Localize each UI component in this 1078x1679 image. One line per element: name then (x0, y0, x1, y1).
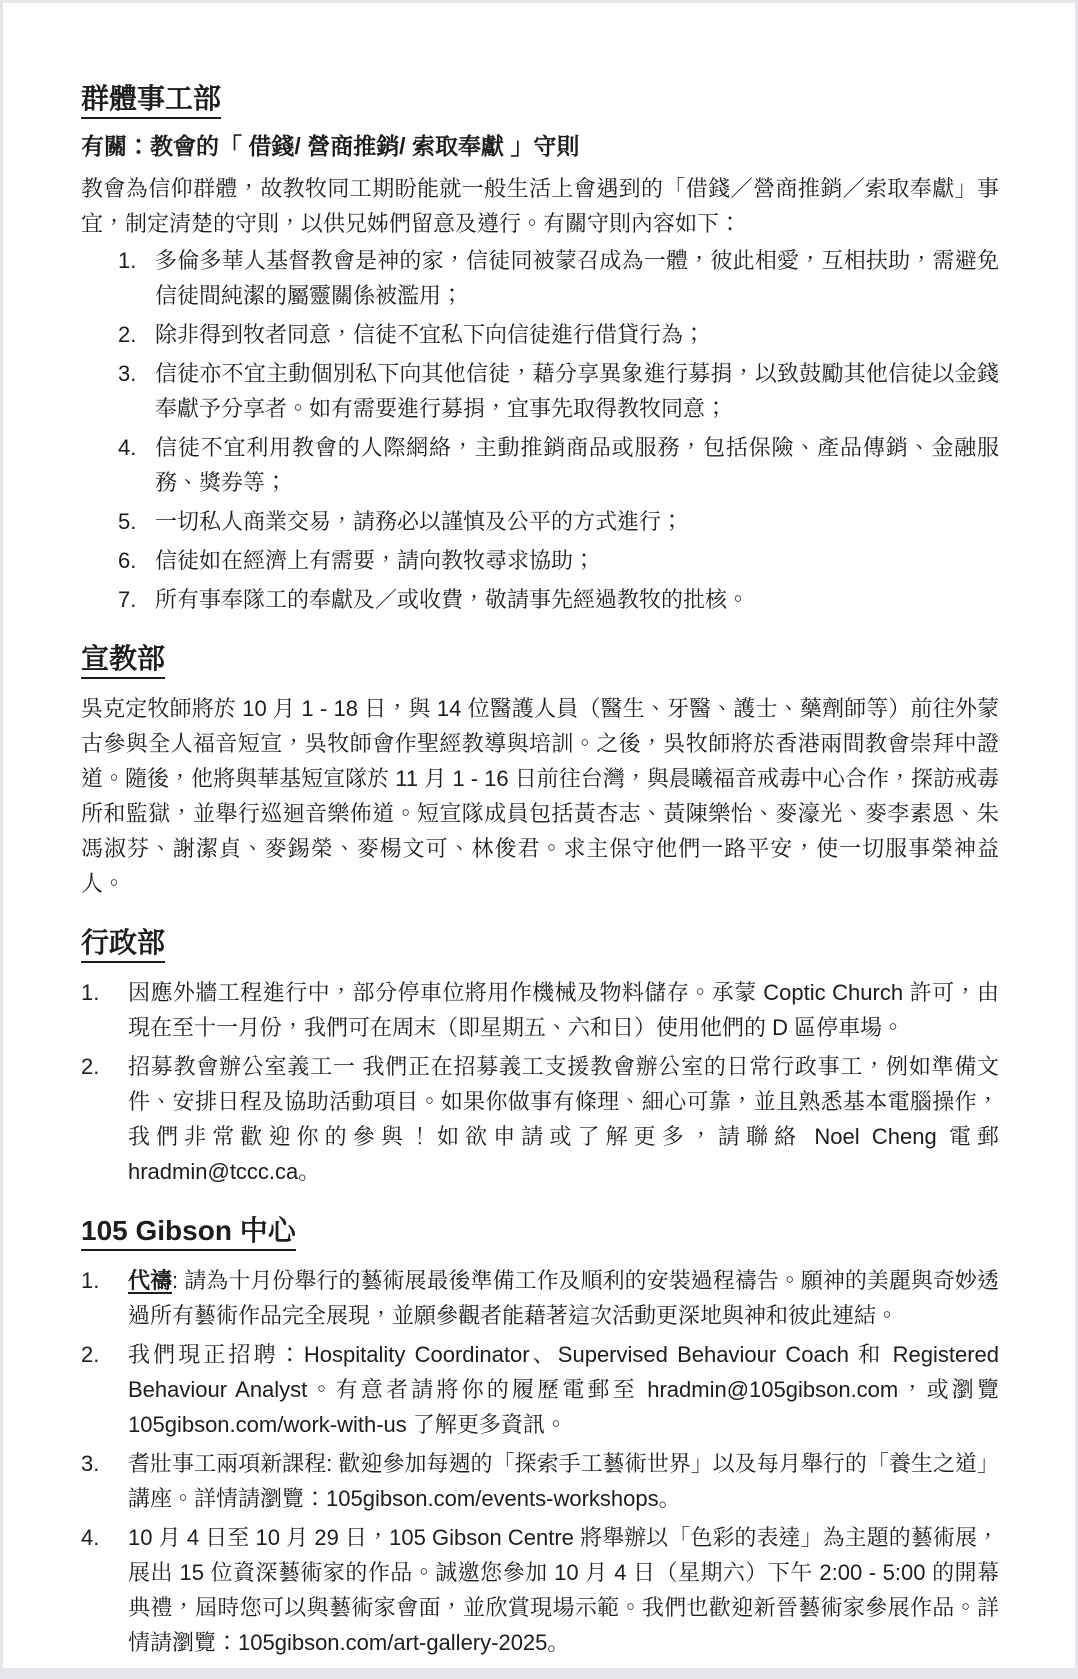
group-ministry-subtitle: 有關：教會的「 借錢/ 營商推銷/ 索取奉獻 」守則 (81, 131, 999, 161)
list-item: 1. 因應外牆工程進行中，部分停車位將用作機械及物料儲存。承蒙 Coptic C… (81, 975, 999, 1045)
group-ministry-list: 1. 多倫多華人基督教會是神的家，信徒同被蒙召成為一體，彼此相愛，互相扶助，需避… (81, 243, 999, 617)
item-text-rest: : 請為十月份舉行的藝術展最後準備工作及順利的安裝過程禱告。願神的美麗與奇妙透過… (128, 1268, 999, 1328)
item-text: 代禱: 請為十月份舉行的藝術展最後準備工作及順利的安裝過程禱告。願神的美麗與奇妙… (128, 1263, 999, 1333)
item-number: 4. (81, 430, 155, 500)
list-item: 5. 一切私人商業交易，請務必以謹慎及公平的方式進行； (81, 504, 999, 539)
item-number: 3. (81, 356, 155, 426)
admin-title: 行政部 (81, 925, 999, 961)
item-text: 信徒不宜利用教會的人際網絡，主動推銷商品或服務，包括保險、產品傳銷、金融服務、獎… (155, 430, 999, 500)
section-gibson-centre: 105 Gibson 中心 1. 代禱: 請為十月份舉行的藝術展最後準備工作及順… (81, 1213, 999, 1660)
list-item: 1. 多倫多華人基督教會是神的家，信徒同被蒙召成為一體，彼此相愛，互相扶助，需避… (81, 243, 999, 313)
list-item: 2. 招募教會辦公室義工一 我們正在招募義工支援教會辦公室的日常行政事工，例如準… (81, 1049, 999, 1189)
list-item: 1. 代禱: 請為十月份舉行的藝術展最後準備工作及順利的安裝過程禱告。願神的美麗… (81, 1263, 999, 1333)
list-item: 4. 10 月 4 日至 10 月 29 日，105 Gibson Centre… (81, 1520, 999, 1660)
item-text: 我們現正招聘：Hospitality Coordinator、Supervise… (128, 1337, 999, 1442)
missions-title: 宣教部 (81, 641, 999, 677)
item-number: 2. (81, 1049, 128, 1189)
group-ministry-intro: 教會為信仰群體，故教牧同工期盼能就一般生活上會遇到的「借錢／營商推銷／索取奉獻」… (81, 171, 999, 241)
item-text: 10 月 4 日至 10 月 29 日，105 Gibson Centre 將舉… (128, 1520, 999, 1660)
item-text: 所有事奉隊工的奉獻及／或收費，敬請事先經過教牧的批核。 (155, 582, 999, 617)
item-number: 4. (81, 1520, 128, 1660)
document-page: 群體事工部 有關：教會的「 借錢/ 營商推銷/ 索取奉獻 」守則 教會為信仰群體… (3, 3, 1075, 1668)
item-text: 一切私人商業交易，請務必以謹慎及公平的方式進行； (155, 504, 999, 539)
item-text: 多倫多華人基督教會是神的家，信徒同被蒙召成為一體，彼此相愛，互相扶助，需避免信徒… (155, 243, 999, 313)
gibson-list: 1. 代禱: 請為十月份舉行的藝術展最後準備工作及順利的安裝過程禱告。願神的美麗… (81, 1263, 999, 1660)
item-number: 1. (81, 243, 155, 313)
item-number: 1. (81, 1263, 128, 1333)
item-number: 1. (81, 975, 128, 1045)
section-missions: 宣教部 吳克定牧師將於 10 月 1 - 18 日，與 14 位醫護人員（醫生、… (81, 641, 999, 901)
prayer-lead-text: 代禱 (128, 1268, 172, 1293)
missions-title-text: 宣教部 (81, 643, 165, 679)
group-ministry-title: 群體事工部 (81, 81, 999, 117)
list-item: 7. 所有事奉隊工的奉獻及／或收費，敬請事先經過教牧的批核。 (81, 582, 999, 617)
missions-body: 吳克定牧師將於 10 月 1 - 18 日，與 14 位醫護人員（醫生、牙醫、護… (81, 691, 999, 901)
gibson-title: 105 Gibson 中心 (81, 1213, 999, 1249)
item-text: 耆壯事工兩項新課程: 歡迎參加每週的「探索手工藝術世界」以及每月舉行的「養生之道… (128, 1446, 999, 1516)
item-text: 信徒亦不宜主動個別私下向其他信徒，藉分享異象進行募捐，以致鼓勵其他信徒以金錢奉獻… (155, 356, 999, 426)
section-admin: 行政部 1. 因應外牆工程進行中，部分停車位將用作機械及物料儲存。承蒙 Copt… (81, 925, 999, 1189)
item-text: 因應外牆工程進行中，部分停車位將用作機械及物料儲存。承蒙 Coptic Chur… (128, 975, 999, 1045)
list-item: 2. 除非得到牧者同意，信徒不宜私下向信徒進行借貸行為； (81, 317, 999, 352)
section-group-ministry: 群體事工部 有關：教會的「 借錢/ 營商推銷/ 索取奉獻 」守則 教會為信仰群體… (81, 81, 999, 617)
gibson-title-text: 105 Gibson 中心 (81, 1215, 296, 1251)
admin-list: 1. 因應外牆工程進行中，部分停車位將用作機械及物料儲存。承蒙 Coptic C… (81, 975, 999, 1189)
list-item: 3. 耆壯事工兩項新課程: 歡迎參加每週的「探索手工藝術世界」以及每月舉行的「養… (81, 1446, 999, 1516)
list-item: 2. 我們現正招聘：Hospitality Coordinator、Superv… (81, 1337, 999, 1442)
item-text: 除非得到牧者同意，信徒不宜私下向信徒進行借貸行為； (155, 317, 999, 352)
item-number: 2. (81, 1337, 128, 1442)
list-item: 4. 信徒不宜利用教會的人際網絡，主動推銷商品或服務，包括保險、產品傳銷、金融服… (81, 430, 999, 500)
group-ministry-title-text: 群體事工部 (81, 83, 221, 119)
scan-background: 群體事工部 有關：教會的「 借錢/ 營商推銷/ 索取奉獻 」守則 教會為信仰群體… (0, 0, 1078, 1679)
admin-title-text: 行政部 (81, 927, 165, 963)
list-item: 6. 信徒如在經濟上有需要，請向教牧尋求協助； (81, 543, 999, 578)
item-number: 3. (81, 1446, 128, 1516)
item-number: 2. (81, 317, 155, 352)
item-number: 5. (81, 504, 155, 539)
item-text: 信徒如在經濟上有需要，請向教牧尋求協助； (155, 543, 999, 578)
item-text: 招募教會辦公室義工一 我們正在招募義工支援教會辦公室的日常行政事工，例如準備文件… (128, 1049, 999, 1189)
list-item: 3. 信徒亦不宜主動個別私下向其他信徒，藉分享異象進行募捐，以致鼓勵其他信徒以金… (81, 356, 999, 426)
item-number: 6. (81, 543, 155, 578)
item-number: 7. (81, 582, 155, 617)
page-content: 群體事工部 有關：教會的「 借錢/ 營商推銷/ 索取奉獻 」守則 教會為信仰群體… (3, 3, 1075, 1660)
